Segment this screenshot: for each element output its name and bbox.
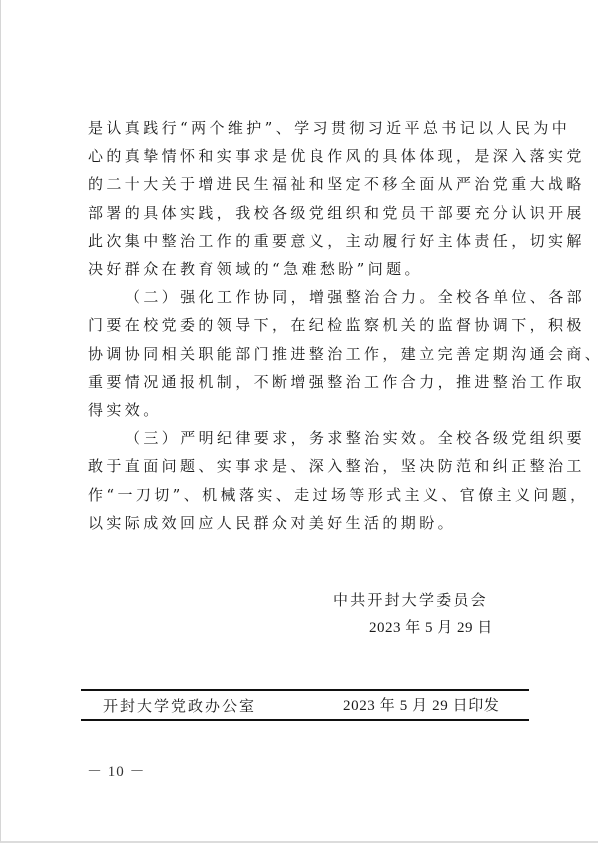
paragraph-1: 是认真践行“两个维护”、学习贯彻习近平总书记以人民为中 心的真挚情怀和实事求是优… <box>88 114 520 283</box>
page-number: － 10 － <box>87 762 146 782</box>
text-line: 决好群众在教育领域的“急难愁盼”问题。 <box>88 255 520 283</box>
text-line: 协调协同相关职能部门推进整治工作，建立完善定期沟通会商、 <box>88 340 520 368</box>
text-line: 门要在校党委的领导下，在纪检监察机关的监督协调下，积极 <box>88 311 520 339</box>
text-line: 是认真践行“两个维护”、学习贯彻习近平总书记以人民为中 <box>88 114 520 142</box>
footer-issuer: 开封大学党政办公室 <box>103 696 256 716</box>
text-line: 心的真挚情怀和实事求是优良作风的具体体现，是深入落实党 <box>88 142 520 170</box>
signature-date: 2023 年 5 月 29 日 <box>369 614 493 642</box>
text-line: （二）强化工作协同，增强整治合力。全校各单位、各部 <box>88 283 520 311</box>
document-page: 是认真践行“两个维护”、学习贯彻习近平总书记以人民为中 心的真挚情怀和实事求是优… <box>0 0 598 843</box>
text-line: 敢于直面问题、实事求是、深入整治，坚决防范和纠正整治工 <box>88 452 520 480</box>
footer-print-date: 2023 年 5 月 29 日印发 <box>343 696 499 716</box>
text-line: 此次集中整治工作的重要意义，主动履行好主体责任，切实解 <box>88 227 520 255</box>
signature-organization: 中共开封大学委员会 <box>333 586 488 614</box>
text-line: 重要情况通报机制，不断增强整治工作合力，推进整治工作取 <box>88 368 520 396</box>
footer-rule-top <box>81 689 529 691</box>
text-line: 的二十大关于增进民生福祉和坚定不移全面从严治党重大战略 <box>88 170 520 198</box>
footer-rule-bottom <box>81 719 529 721</box>
text-line: 以实际成效回应人民群众对美好生活的期盼。 <box>88 509 520 537</box>
text-line: 部署的具体实践，我校各级党组织和党员干部要充分认识开展 <box>88 199 520 227</box>
document-body: 是认真践行“两个维护”、学习贯彻习近平总书记以人民为中 心的真挚情怀和实事求是优… <box>88 114 520 537</box>
paragraph-2-strengthen-coordination: （二）强化工作协同，增强整治合力。全校各单位、各部 门要在校党委的领导下，在纪检… <box>88 283 520 424</box>
text-line: 作“一刀切”、机械落实、走过场等形式主义、官僚主义问题， <box>88 481 520 509</box>
text-line: 得实效。 <box>88 396 520 424</box>
paragraph-3-strict-discipline: （三）严明纪律要求，务求整治实效。全校各级党组织要 敢于直面问题、实事求是、深入… <box>88 424 520 537</box>
text-line: （三）严明纪律要求，务求整治实效。全校各级党组织要 <box>88 424 520 452</box>
